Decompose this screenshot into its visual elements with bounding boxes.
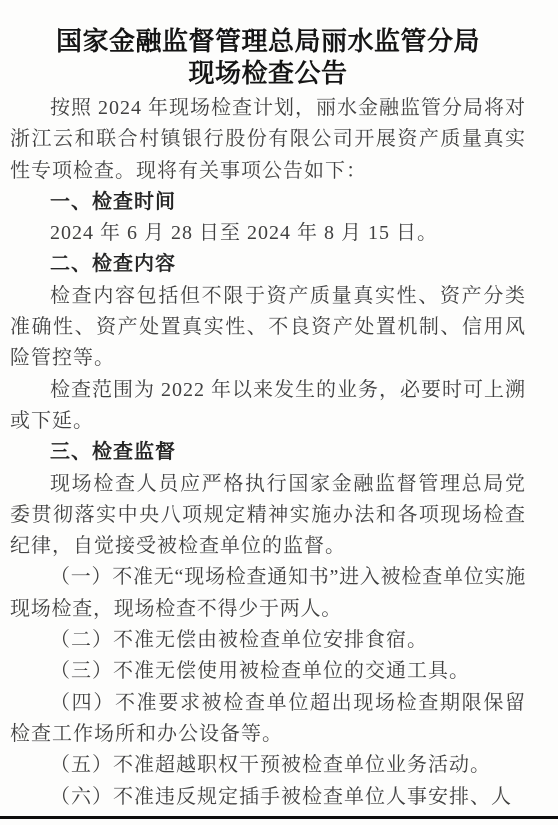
document-title: 国家金融监督管理总局丽水监管分局 现场检查公告 — [10, 0, 526, 89]
rule-item-2: （二）不准无偿由被检查单位安排食宿。 — [10, 625, 526, 656]
rule-item-6: （六）不准违反规定插手被检查单位人事安排、人 — [10, 782, 526, 813]
inspection-scope-paragraph: 检查范围为 2022 年以来发生的业务，必要时可上溯或下延。 — [10, 375, 526, 438]
section-heading-inspection-content: 二、检查内容 — [10, 249, 526, 280]
supervision-intro-paragraph: 现场检查人员应严格执行国家金融监督管理总局党委贯彻落实中央八项规定精神实施办法和… — [10, 469, 526, 563]
rule-item-5: （五）不准超越职权干预被检查单位业务活动。 — [10, 750, 526, 781]
document-page: 国家金融监督管理总局丽水监管分局 现场检查公告 按照 2024 年现场检查计划，… — [0, 0, 558, 825]
rule-item-4: （四）不准要求被检查单位超出现场检查期限保留检查工作场所和办公设备等。 — [10, 688, 526, 751]
title-line-2: 现场检查公告 — [10, 58, 526, 90]
title-line-1: 国家金融监督管理总局丽水监管分局 — [10, 26, 526, 58]
inspection-time-paragraph: 2024 年 6 月 28 日至 2024 年 8 月 15 日。 — [10, 218, 526, 249]
rule-item-3: （三）不准无偿使用被检查单位的交通工具。 — [10, 656, 526, 687]
section-heading-inspection-time: 一、检查时间 — [10, 187, 526, 218]
document-body: 按照 2024 年现场检查计划，丽水金融监管分局将对浙江云和联合村镇银行股份有限… — [10, 93, 526, 813]
intro-paragraph: 按照 2024 年现场检查计划，丽水金融监管分局将对浙江云和联合村镇银行股份有限… — [10, 93, 526, 187]
rule-item-1: （一）不准无“现场检查通知书”进入被检查单位实施现场检查，现场检查不得少于两人。 — [10, 562, 526, 625]
page-bottom-rule — [0, 816, 558, 819]
inspection-content-paragraph: 检查内容包括但不限于资产质量真实性、资产分类准确性、资产处置真实性、不良资产处置… — [10, 281, 526, 375]
section-heading-inspection-supervision: 三、检查监督 — [10, 437, 526, 468]
document-content: 国家金融监督管理总局丽水监管分局 现场检查公告 按照 2024 年现场检查计划，… — [10, 0, 526, 813]
